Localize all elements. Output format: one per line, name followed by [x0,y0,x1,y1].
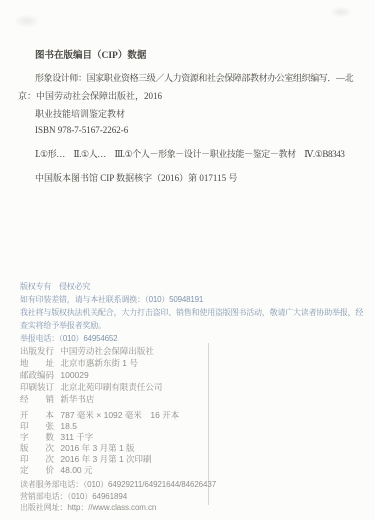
spec-value: 787 毫米 × 1092 毫米 16 开本 [60,409,179,421]
publication-label: 地 址 [20,357,58,369]
spec-row: 定 价 48.00 元 [20,464,93,476]
spec-label: 定 价 [20,464,58,476]
publication-value: 中国劳动社会保障出版社 [60,345,154,357]
colophon-page: 图书在版编目（CIP）数据 形象设计师：国家职业资格三级／人力资源和社会保障部教… [0,0,375,520]
cip-title-line2: 京：中国劳动社会保障出版社，2016 [18,89,162,102]
misprint-exchange-line: 如有印装差错，请与本社联系调换：（010）50948191 [20,294,203,305]
publication-value: 新华书店 [60,393,94,405]
publisher-website: 出版社网址：http：//www.class.com.cn [20,502,156,513]
publication-row: 出版发行 中国劳动社会保障出版社 [20,345,154,357]
cip-classification: Ⅰ.①形… Ⅱ.①人… Ⅲ.①个人－形象－设计－职业技能－鉴定－教材 Ⅳ.①B8… [35,147,344,160]
anti-piracy-line2: 查实将给予举报者奖励。 [20,320,106,331]
publication-row: 经 销 新华书店 [20,393,94,405]
scan-smudge [330,6,352,18]
publication-label: 出版发行 [20,345,58,357]
publication-value: 100029 [60,370,88,380]
anti-piracy-line1: 我社将与版权执法机关配合，大力打击盗印、销售和使用盗版图书活动，敬请广大读者协助… [20,307,363,318]
publication-label: 印刷装订 [20,381,58,393]
spec-value: 18.5 [60,421,77,431]
cip-title-line1: 形象设计师：国家职业资格三级／人力资源和社会保障部教材办公室组织编写．—北 [35,71,353,84]
copyright-statement: 版权专有 侵权必究 [20,281,90,292]
scan-smudge [14,14,40,28]
publication-value: 北京北苑印刷有限责任公司 [60,381,162,393]
marketing-phone: 营销部电话：（010）64961894 [20,491,127,502]
cip-series: 职业技能培训鉴定教材 [35,107,125,120]
publication-row: 地 址 北京市惠新东街 1 号 [20,357,138,369]
publication-label: 邮政编码 [20,369,58,381]
cip-heading: 图书在版编目（CIP）数据 [35,47,146,61]
publication-row: 邮政编码 100029 [20,369,89,381]
publication-row: 印刷装订 北京北苑印刷有限责任公司 [20,381,162,393]
publication-value: 北京市惠新东街 1 号 [60,357,137,369]
reader-service-phone: 读者服务部电话：（010）64929211/64921644/84626437 [20,479,216,490]
publication-label: 经 销 [20,393,58,405]
report-hotline: 举报电话：（010）64954652 [20,333,117,344]
cip-isbn: ISBN 978-7-5167-2262-6 [35,125,128,135]
spec-value: 48.00 元 [60,464,92,476]
cip-registry: 中国版本图书馆 CIP 数据核字（2016）第 017115 号 [35,171,237,184]
